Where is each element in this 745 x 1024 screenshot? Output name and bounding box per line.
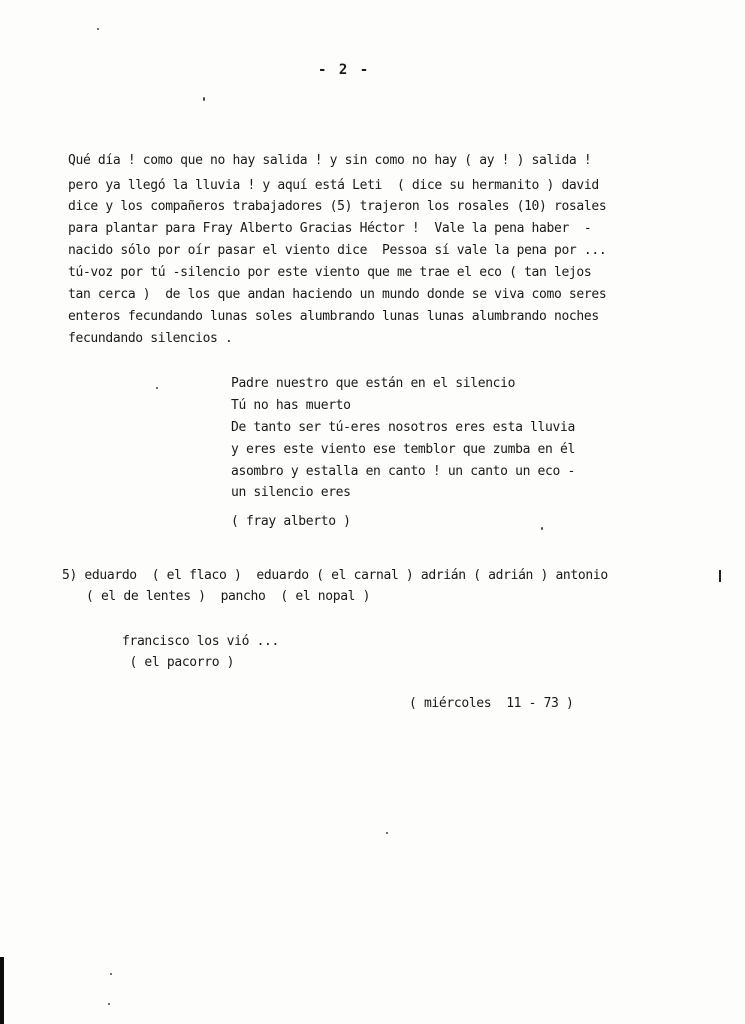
date-line: ( miércoles 11 - 73 ) (409, 693, 574, 714)
page-number: - 2 - (318, 62, 370, 78)
scan-speck (541, 527, 543, 530)
scan-speck (108, 1003, 110, 1005)
poem-line: De tanto ser tú-eres nosotros eres esta … (231, 417, 575, 438)
paragraph-line: pero ya llegó la lluvia ! y aquí está Le… (68, 175, 599, 196)
scan-speck (110, 973, 112, 975)
paragraph-line: fecundando silencios . (68, 328, 233, 349)
footnote-line: 5) eduardo ( el flaco ) eduardo ( el car… (62, 565, 608, 586)
footnote-line: ( el de lentes ) pancho ( el nopal ) (86, 586, 370, 607)
poem-signature: ( fray alberto ) (231, 511, 351, 532)
scan-edge-bar (0, 957, 4, 1024)
poem-line: Tú no has muerto (231, 395, 351, 416)
paragraph-line: tú-voz por tú -silencio por este viento … (68, 262, 591, 283)
paragraph-line: nacido sólo por oír pasar el viento dice… (68, 240, 606, 261)
margin-mark (719, 570, 721, 582)
closing-line: ( el pacorro ) (122, 652, 234, 673)
paragraph-line: dice y los compañeros trabajadores (5) t… (68, 196, 606, 217)
poem-line: un silencio eres (231, 482, 351, 503)
poem-line: y eres este viento ese temblor que zumba… (231, 439, 575, 460)
typewritten-page: - 2 - Qué día ! como que no hay salida !… (0, 0, 745, 1024)
paragraph-line: Qué día ! como que no hay salida ! y sin… (68, 150, 591, 171)
scan-speck (97, 28, 99, 30)
paragraph-line: enteros fecundando lunas soles alumbrand… (68, 306, 599, 327)
closing-line: francisco los vió ... (122, 631, 279, 652)
poem-line: Padre nuestro que están en el silencio (231, 373, 515, 394)
scan-speck (203, 97, 205, 101)
paragraph-line: para plantar para Fray Alberto Gracias H… (68, 218, 591, 239)
scan-speck (386, 832, 388, 834)
poem-line: asombro y estalla en canto ! un canto un… (231, 461, 575, 482)
scan-speck (156, 387, 158, 389)
paragraph-line: tan cerca ) de los que andan haciendo un… (68, 284, 606, 305)
